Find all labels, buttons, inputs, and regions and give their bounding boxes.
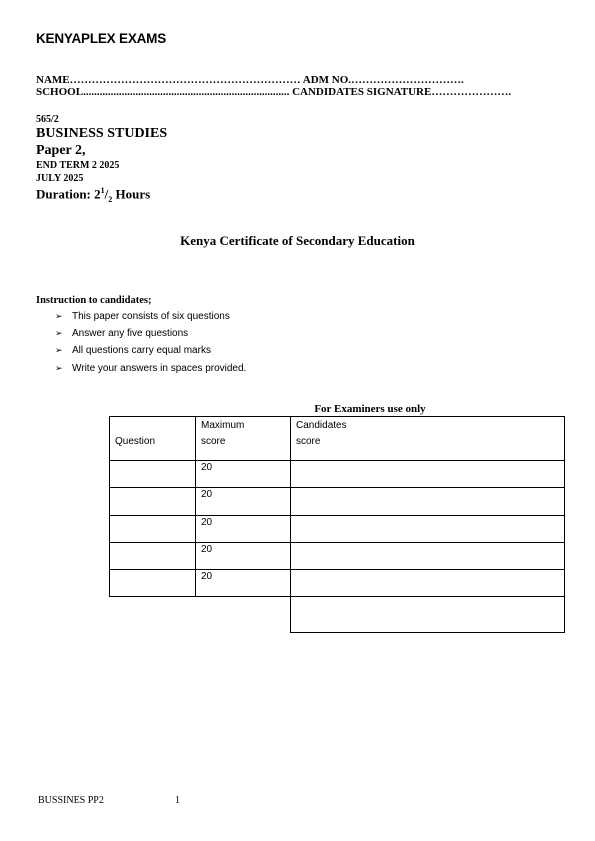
school-signature-field-line: SCHOOL..................................…	[36, 86, 511, 98]
exam-duration: Duration: 21/2 Hours	[36, 186, 150, 204]
arrow-bullet-icon: ➢	[55, 342, 72, 359]
instruction-item: ➢This paper consists of six questions	[55, 308, 246, 325]
candidate-score-cell	[291, 515, 565, 542]
arrow-bullet-icon: ➢	[55, 360, 72, 377]
duration-label: Duration: 2	[36, 186, 101, 201]
exam-month: JULY 2025	[36, 173, 83, 184]
instruction-text: All questions carry equal marks	[72, 345, 211, 356]
candidate-score-cell	[291, 461, 565, 488]
max-score-cell: 20	[196, 515, 291, 542]
footer-label: BUSSINES PP2	[38, 795, 104, 806]
subject-title: BUSINESS STUDIES	[36, 126, 167, 142]
header-question: Question	[110, 417, 196, 461]
candidate-score-cell	[291, 488, 565, 515]
header-max-line1: Maximum	[201, 418, 285, 434]
table-row: 20	[110, 461, 565, 488]
candidate-score-cell	[291, 570, 565, 597]
instruction-item: ➢All questions carry equal marks	[55, 342, 246, 359]
instruction-item: ➢Write your answers in spaces provided.	[55, 360, 246, 377]
header-max-line2: score	[201, 434, 285, 450]
blank-cell	[110, 597, 196, 633]
question-cell	[110, 570, 196, 597]
table-row: 20	[110, 542, 565, 569]
instruction-item: ➢Answer any five questions	[55, 325, 246, 342]
instructions-title: Instruction to candidates;	[36, 295, 152, 306]
paper-code: 565/2	[36, 114, 59, 125]
max-score-cell: 20	[196, 542, 291, 569]
header-max-score: Maximumscore	[196, 417, 291, 461]
examiners-caption: For Examiners use only	[290, 403, 450, 415]
certificate-title: Kenya Certificate of Secondary Education	[0, 233, 595, 249]
table-row: 20	[110, 488, 565, 515]
table-row: 20	[110, 570, 565, 597]
page-number: 1	[175, 795, 180, 806]
table-header-row: Question Maximumscore Candidatesscore	[110, 417, 565, 461]
max-score-cell: 20	[196, 570, 291, 597]
header-cand-line1: Candidates	[296, 418, 559, 434]
arrow-bullet-icon: ➢	[55, 325, 72, 342]
exam-term: END TERM 2 2025	[36, 160, 119, 171]
instruction-text: Answer any five questions	[72, 328, 188, 339]
total-score-cell	[291, 597, 565, 633]
question-cell	[110, 461, 196, 488]
name-adm-field-line: NAME……………………………………………………… ADM NO.……………………	[36, 74, 464, 86]
blank-cell	[196, 597, 291, 633]
table-row: 20	[110, 515, 565, 542]
question-cell	[110, 542, 196, 569]
header-cand-line2: score	[296, 434, 559, 450]
paper-number: Paper 2,	[36, 143, 86, 159]
max-score-cell: 20	[196, 488, 291, 515]
duration-unit: Hours	[112, 186, 150, 201]
total-row	[110, 597, 565, 633]
max-score-cell: 20	[196, 461, 291, 488]
question-cell	[110, 488, 196, 515]
header-candidate-score: Candidatesscore	[291, 417, 565, 461]
brand-title: KENYAPLEX EXAMS	[36, 31, 166, 46]
candidate-score-cell	[291, 542, 565, 569]
instruction-text: This paper consists of six questions	[72, 311, 230, 322]
question-cell	[110, 515, 196, 542]
instructions-list: ➢This paper consists of six questions ➢A…	[55, 308, 246, 377]
arrow-bullet-icon: ➢	[55, 308, 72, 325]
instruction-text: Write your answers in spaces provided.	[72, 363, 246, 374]
score-table: Question Maximumscore Candidatesscore 20…	[109, 416, 565, 633]
